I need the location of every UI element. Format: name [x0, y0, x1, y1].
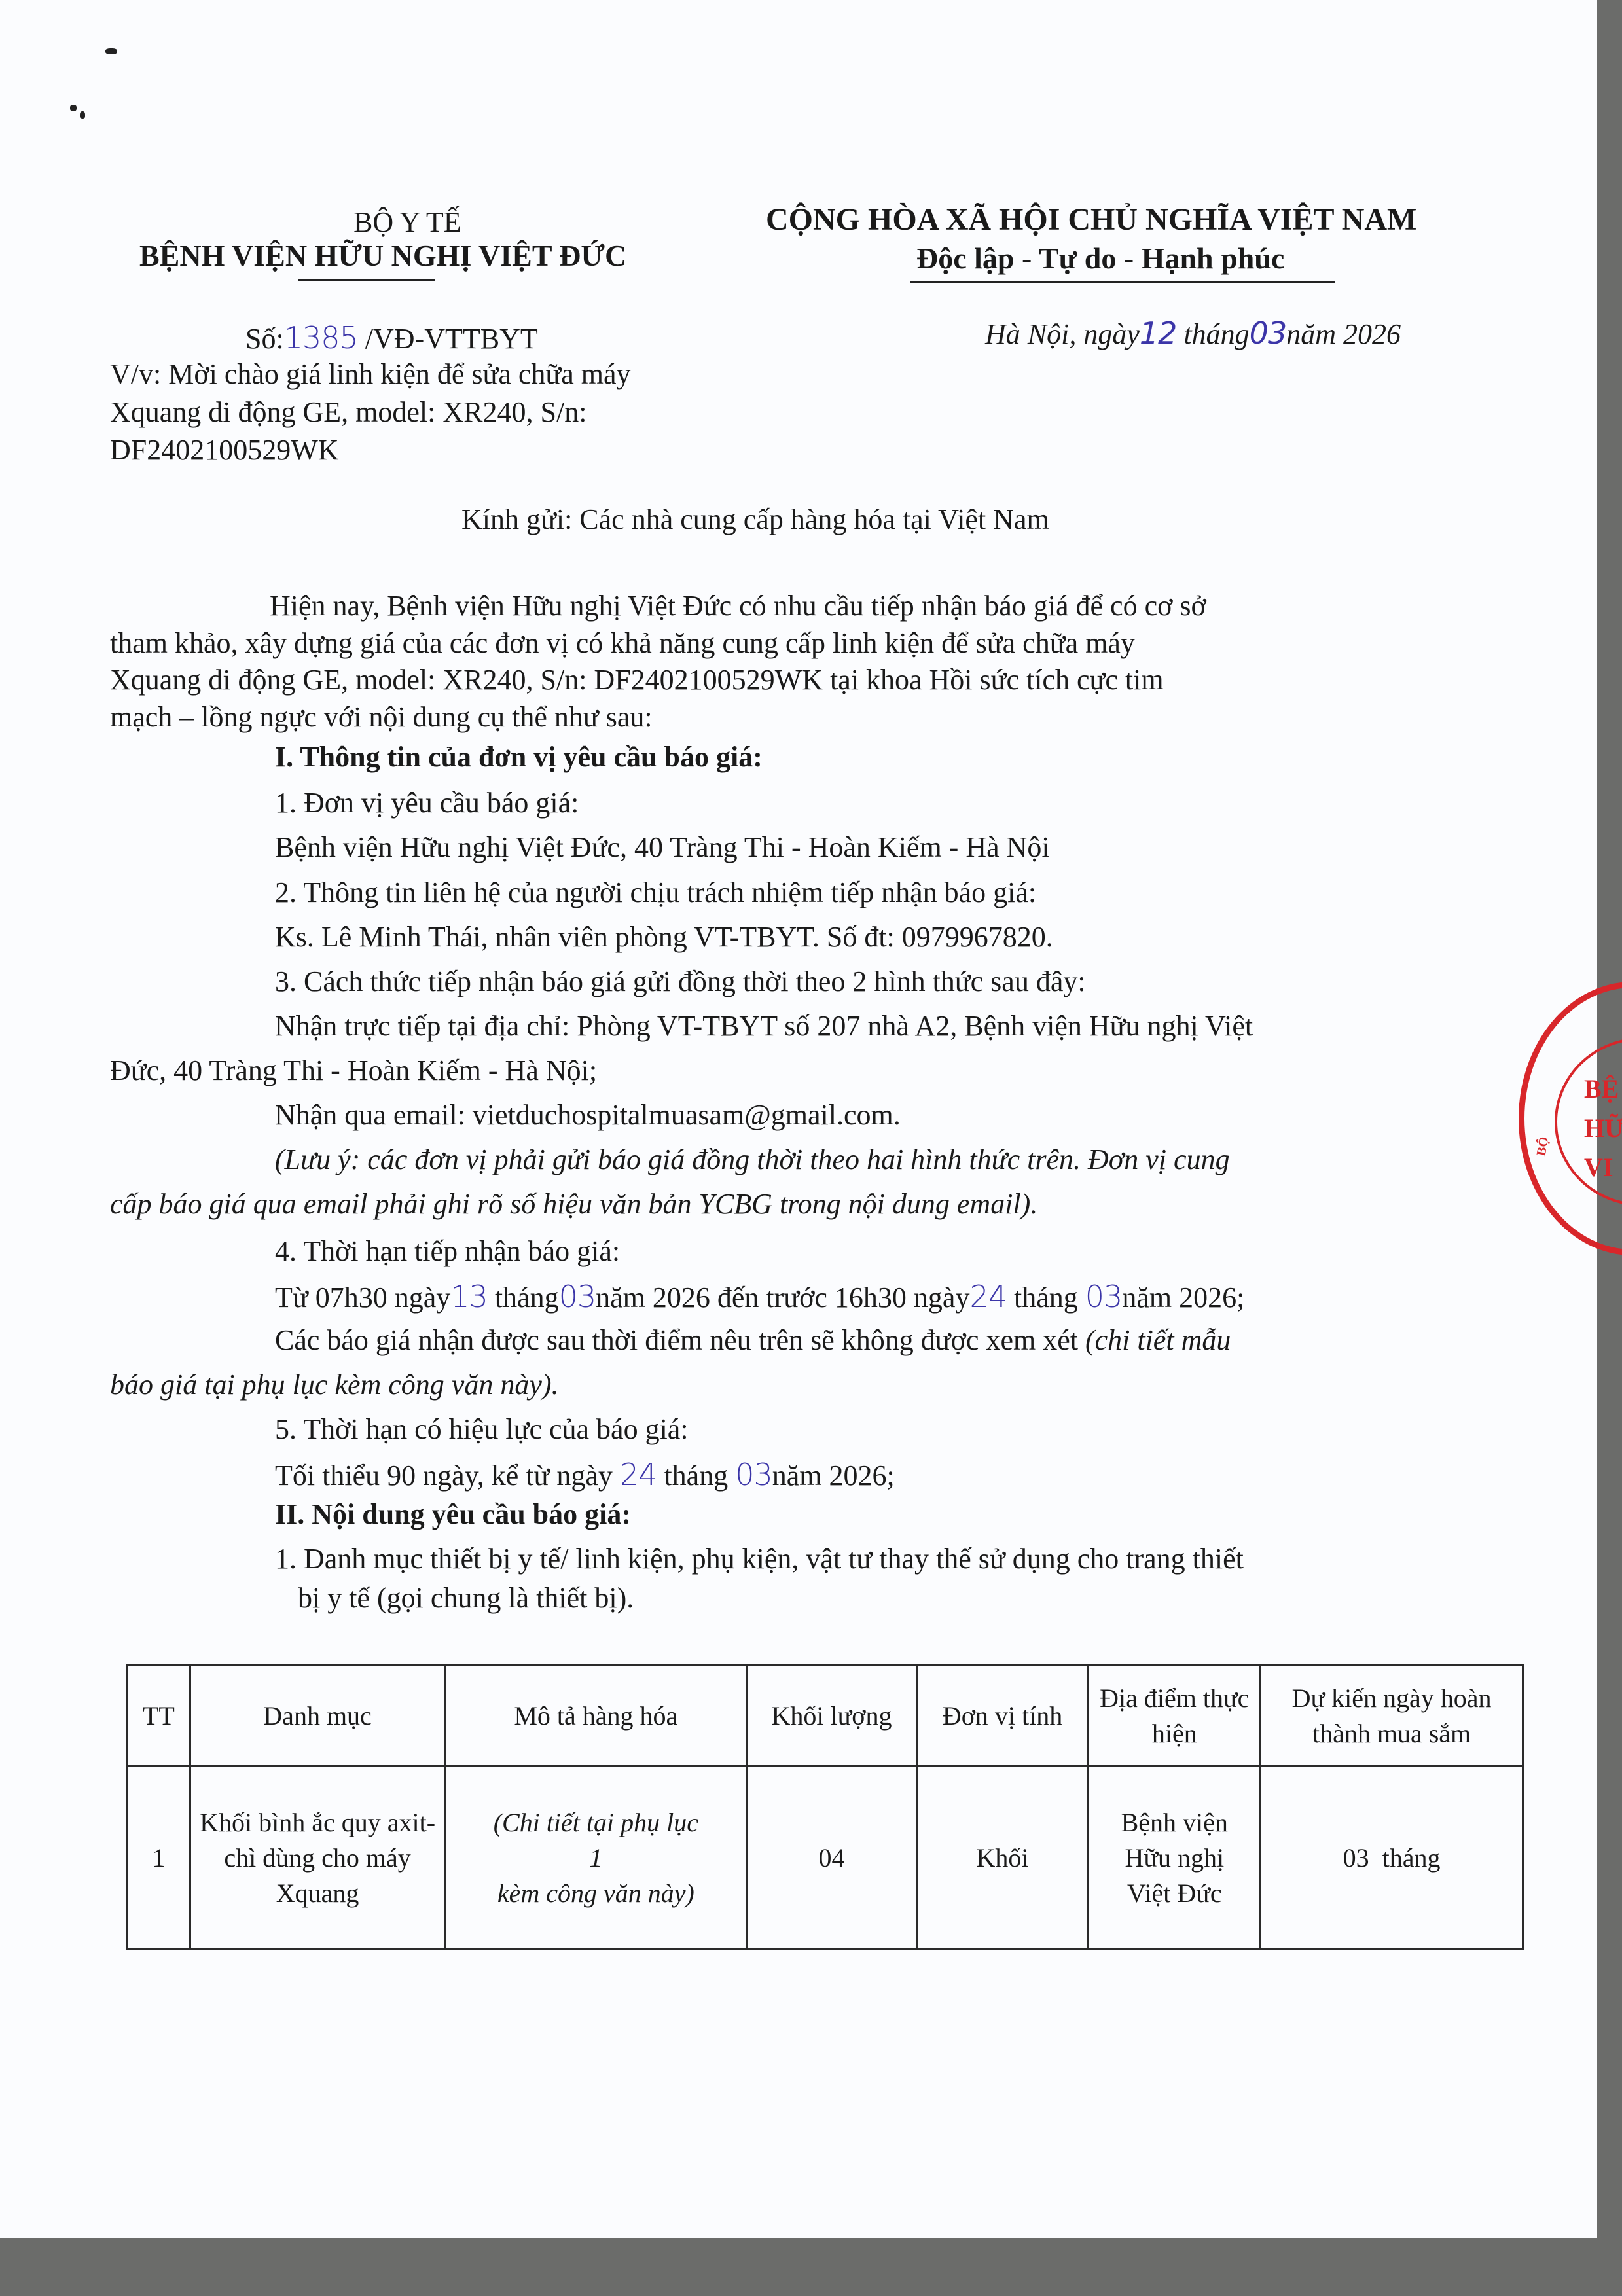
speck — [80, 111, 85, 119]
cell-quantity: 04 — [747, 1767, 916, 1950]
s1-item5-validity: Tối thiểu 90 ngày, kể từ ngày 24 tháng 0… — [275, 1460, 895, 1490]
stamp-text-3: VI — [1584, 1152, 1613, 1183]
start-day-handwritten: 13 — [450, 1279, 488, 1314]
text: (Chi tiết tại phụ lục — [450, 1805, 742, 1840]
stamp-ring-text: BỘ — [1534, 1136, 1553, 1157]
intro-line-3: Xquang di động GE, model: XR240, S/n: DF… — [110, 666, 1164, 694]
stamp-text-1: BỆ — [1584, 1073, 1619, 1104]
cell-tt: 1 — [128, 1767, 190, 1950]
document-page: BỘ Y TẾ BỆNH VIỆN HỮU NGHỊ VIỆT ĐỨC Số:1… — [0, 0, 1597, 2238]
s1-item1-value: Bệnh viện Hữu nghị Việt Đức, 40 Tràng Th… — [275, 833, 1050, 862]
table-row: 1 Khối bình ắc quy axit-chì dùng cho máy… — [128, 1767, 1523, 1950]
col-header-location: Địa điểm thực hiện — [1089, 1666, 1261, 1767]
items-table: TT Danh mục Mô tả hàng hóa Khối lượng Đơ… — [126, 1664, 1524, 1950]
email-prefix: Nhận qua email: — [275, 1099, 473, 1131]
intro-line-4: mạch – lồng ngực với nội dung cụ thể như… — [110, 703, 653, 732]
validity-month-handwritten: 03 — [735, 1457, 772, 1492]
recipient-line: Kính gửi: Các nhà cung cấp hàng hóa tại … — [461, 505, 1049, 534]
s1-item1-label: 1. Đơn vị yêu cầu báo giá: — [275, 789, 579, 817]
text: năm 2026; — [1122, 1282, 1244, 1314]
s2-item1-line-1: 1. Danh mục thiết bị y tế/ linh kiện, ph… — [275, 1545, 1244, 1573]
hospital-name: BỆNH VIỆN HỮU NGHỊ VIỆT ĐỨC — [139, 241, 626, 271]
date-day-handwritten: 12 — [1140, 315, 1177, 351]
table-header-row: TT Danh mục Mô tả hàng hóa Khối lượng Đơ… — [128, 1666, 1523, 1767]
s1-item4-period: Từ 07h30 ngày13 tháng03năm 2026 đến trướ… — [275, 1282, 1244, 1312]
col-header-quantity: Khối lượng — [747, 1666, 916, 1767]
motto-underline — [910, 281, 1335, 283]
speck — [105, 48, 117, 54]
s2-item1-line-2: bị y tế (gọi chung là thiết bị). — [298, 1584, 634, 1613]
s1-item5-label: 5. Thời hạn có hiệu lực của báo giá: — [275, 1415, 689, 1444]
col-header-unit: Đơn vị tính — [916, 1666, 1089, 1767]
nation-motto: Độc lập - Tự do - Hạnh phúc — [916, 243, 1284, 274]
ministry-name: BỘ Y TẾ — [353, 208, 461, 237]
cell-category: Khối bình ắc quy axit-chì dùng cho máy X… — [190, 1767, 445, 1950]
cell-description: (Chi tiết tại phụ lục 1 kèm công văn này… — [445, 1767, 747, 1950]
s1-item3-note-2: cấp báo giá qua email phải ghi rõ số hiệ… — [110, 1190, 1037, 1219]
end-month-handwritten: 03 — [1085, 1279, 1123, 1314]
end-day-handwritten: 24 — [969, 1279, 1007, 1314]
s1-item2-value: Ks. Lê Minh Thái, nhân viên phòng VT-TBY… — [275, 923, 1053, 952]
s1-item3-direct-2: Đức, 40 Tràng Thi - Hoàn Kiếm - Hà Nội; — [110, 1056, 597, 1085]
email-address[interactable]: vietduchospitalmuasam@gmail.com. — [473, 1099, 901, 1131]
cell-completion: 03 tháng — [1261, 1767, 1523, 1950]
text: tháng — [657, 1460, 735, 1492]
cell-location: Bệnh viện Hữu nghị Việt Đức — [1089, 1767, 1261, 1950]
text: 1 — [450, 1840, 742, 1876]
section-2-title: II. Nội dung yêu cầu báo giá: — [275, 1500, 631, 1529]
cell-unit: Khối — [916, 1767, 1089, 1950]
col-header-tt: TT — [128, 1666, 190, 1767]
text: Bệnh viện — [1093, 1805, 1255, 1840]
s1-item3-direct-1: Nhận trực tiếp tại địa chỉ: Phòng VT-TBY… — [275, 1012, 1253, 1041]
section-1-title: I. Thông tin của đơn vị yêu cầu báo giá: — [275, 743, 763, 772]
s1-item4-note-2: báo giá tại phụ lục kèm công văn này). — [110, 1371, 559, 1399]
doc-number: Số:1385 /VĐ-VTTBYT — [245, 323, 538, 353]
s1-item3-label: 3. Cách thức tiếp nhận báo giá gửi đồng … — [275, 967, 1086, 996]
col-header-completion: Dự kiến ngày hoàn thành mua sắm — [1261, 1666, 1523, 1767]
text: Việt Đức — [1093, 1876, 1255, 1911]
date-year: năm 2026 — [1286, 318, 1401, 350]
text: (chi tiết mẫu — [1085, 1324, 1231, 1356]
date-prefix: Hà Nội, ngày — [985, 318, 1140, 350]
s1-item4-note-1: Các báo giá nhận được sau thời điểm nêu … — [275, 1326, 1231, 1355]
start-month-handwritten: 03 — [559, 1279, 596, 1314]
stamp-text-2: HỮ — [1584, 1113, 1622, 1143]
subject-line-3: DF2402100529WK — [110, 436, 339, 465]
text: kèm công văn này) — [450, 1876, 742, 1911]
text: năm 2026; — [772, 1460, 895, 1492]
doc-number-label: Số: — [245, 323, 284, 355]
subject-line-2: Xquang di động GE, model: XR240, S/n: — [110, 398, 586, 427]
date-month-label: tháng — [1183, 318, 1249, 350]
validity-day-handwritten: 24 — [620, 1457, 657, 1492]
s1-item3-email-line: Nhận qua email: vietduchospitalmuasam@gm… — [275, 1101, 901, 1130]
s1-item4-label: 4. Thời hạn tiếp nhận báo giá: — [275, 1237, 620, 1266]
doc-number-suffix: /VĐ-VTTBYT — [365, 323, 538, 355]
s1-item2-label: 2. Thông tin liên hệ của người chịu trác… — [275, 878, 1036, 907]
speck — [70, 105, 77, 111]
nation-title: CỘNG HÒA XÃ HỘI CHỦ NGHĨA VIỆT NAM — [766, 204, 1416, 236]
text: tháng — [1007, 1282, 1085, 1314]
date-month-handwritten: 03 — [1250, 315, 1287, 351]
text: năm 2026 đến trước 16h30 ngày — [596, 1282, 969, 1314]
intro-line-1: Hiện nay, Bệnh viện Hữu nghị Việt Đức có… — [270, 592, 1206, 620]
issue-date: Hà Nội, ngày12 tháng03năm 2026 — [985, 318, 1401, 349]
text: Các báo giá nhận được sau thời điểm nêu … — [275, 1324, 1085, 1356]
subject-line-1: V/v: Mời chào giá linh kiện để sửa chữa … — [110, 360, 631, 389]
text: Tối thiểu 90 ngày, kể từ ngày — [275, 1460, 620, 1492]
intro-line-2: tham khảo, xây dựng giá của các đơn vị c… — [110, 629, 1135, 658]
s1-item3-note-1: (Lưu ý: các đơn vị phải gửi báo giá đồng… — [275, 1145, 1230, 1174]
text: Hữu nghị — [1093, 1840, 1255, 1876]
text: tháng — [488, 1282, 559, 1314]
col-header-description: Mô tả hàng hóa — [445, 1666, 747, 1767]
doc-number-handwritten: 1385 — [284, 320, 358, 355]
hospital-underline — [298, 279, 435, 281]
col-header-category: Danh mục — [190, 1666, 445, 1767]
text: Từ 07h30 ngày — [275, 1282, 450, 1314]
